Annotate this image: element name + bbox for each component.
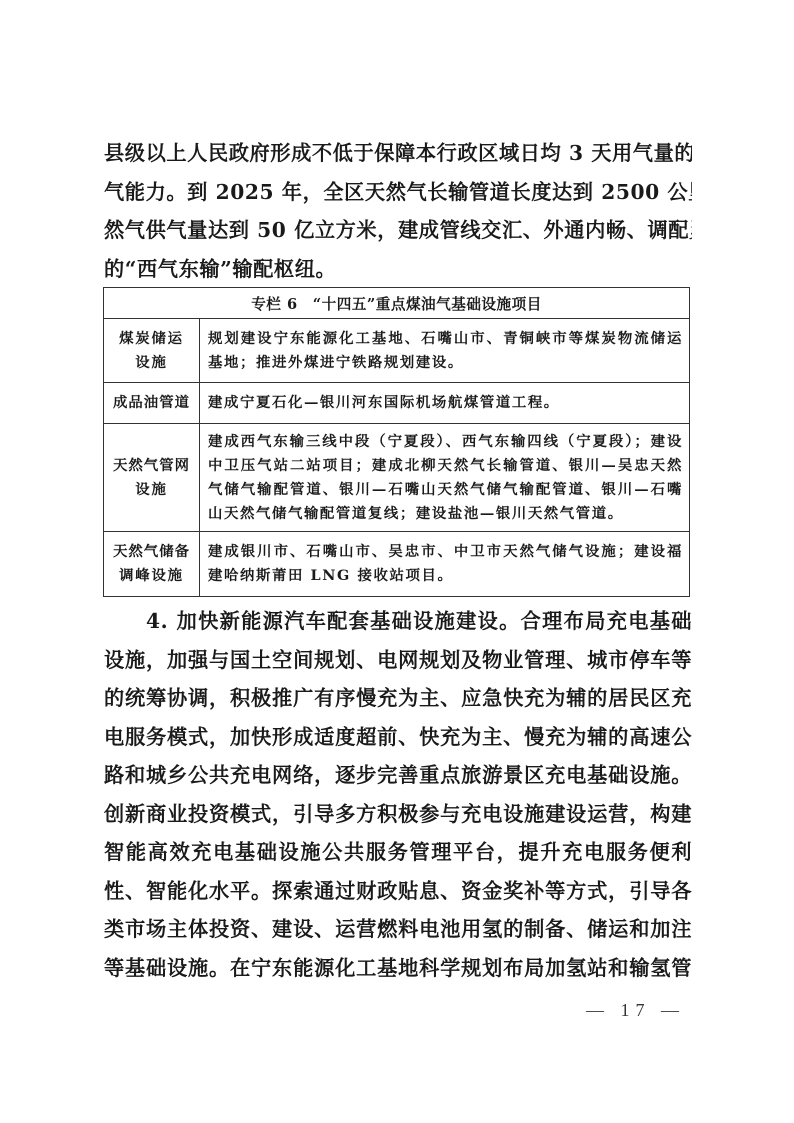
label-line: 设施 bbox=[104, 478, 199, 502]
row-label: 天然气管网 设施 bbox=[104, 424, 200, 532]
label-line: 煤炭储运 bbox=[104, 327, 199, 351]
section-paragraph: 4. 加快新能源汽车配套基础设施建设。合理布局充电基础 设施，加强与国土空间规划… bbox=[104, 602, 692, 987]
text-line: 的“西气东输”输配枢纽。 bbox=[104, 250, 692, 289]
row-content: 建成西气东输三线中段（宁夏段）、西气东输四线（宁夏段）；建设 中卫压气站二站项目… bbox=[200, 424, 690, 532]
row-label: 天然气储备 调峰设施 bbox=[104, 532, 200, 597]
content-line: 建哈纳斯莆田 LNG 接收站项目。 bbox=[208, 564, 683, 588]
table-row: 成品油管道 建成宁夏石化—银川河东国际机场航煤管道工程。 bbox=[104, 383, 690, 424]
row-content: 建成银川市、石嘴山市、吴忠市、中卫市天然气储气设施；建设福 建哈纳斯莆田 LNG… bbox=[200, 532, 690, 597]
content-line: 规划建设宁东能源化工基地、石嘴山市、青铜峡市等煤炭物流储运 bbox=[208, 327, 683, 351]
text-line: 创新商业投资模式，引导多方积极参与充电设施建设运营，构建 bbox=[104, 795, 692, 834]
table-row: 天然气储备 调峰设施 建成银川市、石嘴山市、吴忠市、中卫市天然气储气设施；建设福… bbox=[104, 532, 690, 597]
label-line: 成品油管道 bbox=[104, 391, 199, 415]
row-content: 建成宁夏石化—银川河东国际机场航煤管道工程。 bbox=[200, 383, 690, 424]
table-title-row: 专栏 6 “十四五”重点煤油气基础设施项目 bbox=[104, 288, 690, 319]
table-row: 天然气管网 设施 建成西气东输三线中段（宁夏段）、西气东输四线（宁夏段）；建设 … bbox=[104, 424, 690, 532]
intro-paragraph: 县级以上人民政府形成不低于保障本行政区域日均 3 天用气量的储 气能力。到 20… bbox=[104, 134, 692, 288]
row-label: 成品油管道 bbox=[104, 383, 200, 424]
text-line: 电服务模式，加快形成适度超前、快充为主、慢充为辅的高速公 bbox=[104, 718, 692, 757]
text-line: 路和城乡公共充电网络，逐步完善重点旅游景区充电基础设施。 bbox=[104, 756, 692, 795]
content-line: 建成西气东输三线中段（宁夏段）、西气东输四线（宁夏段）；建设 bbox=[208, 430, 683, 454]
label-line: 天然气储备 bbox=[104, 540, 199, 564]
text-line: 等基础设施。在宁东能源化工基地科学规划布局加氢站和输氢管 bbox=[104, 949, 692, 988]
table-row: 煤炭储运 设施 规划建设宁东能源化工基地、石嘴山市、青铜峡市等煤炭物流储运 基地… bbox=[104, 319, 690, 383]
content-line: 建成银川市、石嘴山市、吴忠市、中卫市天然气储气设施；建设福 bbox=[208, 540, 683, 564]
page-number: — 17 — bbox=[586, 1000, 685, 1021]
text-line: 的统筹协调，积极推广有序慢充为主、应急快充为辅的居民区充 bbox=[104, 679, 692, 718]
section-heading-line: 4. 加快新能源汽车配套基础设施建设。合理布局充电基础 bbox=[104, 602, 692, 641]
label-line: 天然气管网 bbox=[104, 454, 199, 478]
content-line: 基地；推进外煤进宁铁路规划建设。 bbox=[208, 351, 683, 375]
label-line: 调峰设施 bbox=[104, 564, 199, 588]
text-line: 然气供气量达到 50 亿立方米，建成管线交汇、外通内畅、调配灵活 bbox=[104, 211, 692, 250]
text-line: 性、智能化水平。探索通过财政贴息、资金奖补等方式，引导各 bbox=[104, 872, 692, 911]
text-line: 类市场主体投资、建设、运营燃料电池用氢的制备、储运和加注 bbox=[104, 910, 692, 949]
content-line: 中卫压气站二站项目；建成北柳天然气长输管道、银川—吴忠天然 bbox=[208, 454, 683, 478]
text-line: 气能力。到 2025 年，全区天然气长输管道长度达到 2500 公里，天 bbox=[104, 173, 692, 212]
label-line: 设施 bbox=[104, 351, 199, 375]
text-line: 设施，加强与国土空间规划、电网规划及物业管理、城市停车等 bbox=[104, 641, 692, 680]
row-content: 规划建设宁东能源化工基地、石嘴山市、青铜峡市等煤炭物流储运 基地；推进外煤进宁铁… bbox=[200, 319, 690, 383]
text-line: 县级以上人民政府形成不低于保障本行政区域日均 3 天用气量的储 bbox=[104, 134, 692, 173]
content-line: 山天然气储气输配管道复线；建设盐池—银川天然气管道。 bbox=[208, 502, 683, 526]
row-label: 煤炭储运 设施 bbox=[104, 319, 200, 383]
project-table: 专栏 6 “十四五”重点煤油气基础设施项目 煤炭储运 设施 规划建设宁东能源化工… bbox=[103, 287, 690, 597]
text-line: 智能高效充电基础设施公共服务管理平台，提升充电服务便利 bbox=[104, 833, 692, 872]
table-title: 专栏 6 “十四五”重点煤油气基础设施项目 bbox=[104, 288, 690, 319]
content-line: 建成宁夏石化—银川河东国际机场航煤管道工程。 bbox=[208, 391, 683, 415]
content-line: 气储气输配管道、银川—石嘴山天然气储气输配管道、银川—石嘴 bbox=[208, 478, 683, 502]
